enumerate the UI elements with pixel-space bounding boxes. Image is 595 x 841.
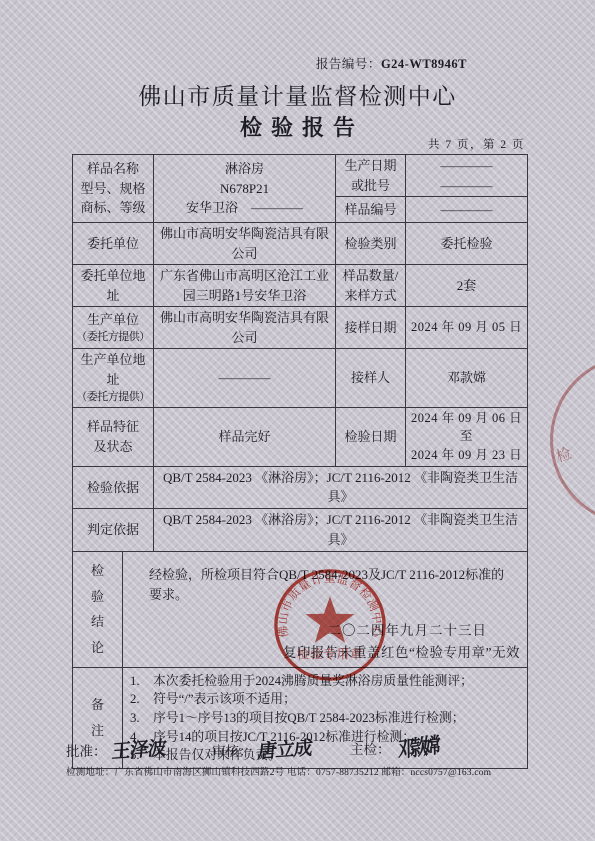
sample-brand-value: 安华卫浴 ———— xyxy=(157,198,332,218)
remark-item: 符号“/”表示该项不适用； xyxy=(130,690,522,709)
producer-address-label-line1: 生产单位地址 xyxy=(76,350,150,389)
inspect-label: 主检： xyxy=(350,742,391,757)
receive-date-label-cell: 接样日期 xyxy=(336,307,406,349)
production-date-label-line2: 或批号 xyxy=(339,176,402,196)
sample-no-label-cell: 样品编号 xyxy=(336,197,406,223)
production-date-dash2: ———— xyxy=(409,176,524,196)
judge-value-cell: QB/T 2584-2023 《淋浴房》；JC/T 2116-2012 《非陶瓷… xyxy=(154,508,528,551)
sample-model-value: N678P21 xyxy=(157,179,332,199)
sample-info-label-cell: 样品名称 型号、规格 商标、等级 xyxy=(73,155,154,223)
remark-item: 序号1～序号13的项目按QB/T 2584-2023标准进行检测； xyxy=(130,709,522,728)
sample-name-value: 淋浴房 xyxy=(157,159,332,179)
page-count: 共 7 页，第 2 页 xyxy=(428,136,525,152)
client-value-cell: 佛山市高明安华陶瓷洁具有限公司 xyxy=(154,223,336,265)
inspect-signature-name: 邓款嫦 xyxy=(397,729,436,764)
sample-state-label-cell: 样品特征 及状态 xyxy=(73,407,154,466)
sample-name-label: 样品名称 xyxy=(76,159,150,179)
conclusion-label-char3: 结 xyxy=(91,612,104,632)
sample-brand-label: 商标、等级 xyxy=(76,198,150,218)
center-name: 佛山市质量计量监督检测中心 xyxy=(0,78,595,111)
approve-label: 批准： xyxy=(66,744,107,759)
production-date-label-cell: 生产日期 或批号 xyxy=(336,155,406,197)
quantity-label-line1: 样品数量/ xyxy=(339,266,402,286)
production-date-dash1: ———— xyxy=(409,156,524,176)
basis-value-cell: QB/T 2584-2023 《淋浴房》；JC/T 2116-2012 《非陶瓷… xyxy=(154,466,528,508)
footer-contact-info: 检测地址：广东省佛山市南海区狮山镇科技西路2号 电话：0757-88735212… xyxy=(66,764,491,778)
quantity-value-cell: 2套 xyxy=(406,265,528,307)
receiver-value-cell: 邓款嫦 xyxy=(406,349,528,408)
review-label: 审核： xyxy=(212,744,253,759)
producer-label-line2: （委托方提供） xyxy=(76,329,150,346)
remark-item: 本报告仅对来样负责。 xyxy=(130,746,522,765)
approve-signature-name: 王泽波 xyxy=(110,733,167,764)
receiver-label-cell: 接样人 xyxy=(336,349,406,408)
receive-date-value-cell: 2024 年 09 月 05 日 xyxy=(406,307,528,349)
report-number-value: G24-WT8946T xyxy=(381,57,467,71)
quantity-label-cell: 样品数量/ 来样方式 xyxy=(336,265,406,307)
review-signature: 审核：唐立成 xyxy=(212,735,312,762)
report-page: 报告编号：G24-WT8946T 佛山市质量计量监督检测中心 检验报告 共 7 … xyxy=(0,0,595,841)
test-date-value-cell: 2024 年 09 月 06 日至 2024 年 09 月 23 日 xyxy=(406,407,528,466)
inspect-signature: 主检：邓款嫦 xyxy=(350,733,438,760)
conclusion-label-char2: 验 xyxy=(91,587,104,607)
seal-star-icon xyxy=(306,596,355,642)
test-date-label-cell: 检验日期 xyxy=(336,407,406,466)
sample-state-value-cell: 样品完好 xyxy=(154,407,336,466)
report-number-label: 报告编号： xyxy=(316,57,381,71)
conclusion-label-cell: 检 验 结 论 xyxy=(73,551,123,667)
conclusion-label-char1: 检 xyxy=(91,561,104,581)
report-number: 报告编号：G24-WT8946T xyxy=(316,54,467,72)
review-signature-name: 唐立成 xyxy=(256,733,313,764)
producer-address-label-line2: （委托方提供） xyxy=(76,389,150,406)
sample-state-label-line2: 及状态 xyxy=(76,437,150,457)
client-address-value-cell: 广东省佛山市高明区沧江工业园三明路1号安华卫浴 xyxy=(154,265,336,307)
sample-model-label: 型号、规格 xyxy=(76,179,150,199)
producer-address-label-cell: 生产单位地址 （委托方提供） xyxy=(73,349,154,408)
sample-info-value-cell: 淋浴房 N678P21 安华卫浴 ———— xyxy=(154,155,336,223)
test-date-line1: 2024 年 09 月 06 日至 xyxy=(409,409,524,447)
producer-address-value-cell: ———— xyxy=(154,349,336,408)
approve-signature: 批准：王泽波 xyxy=(66,735,166,762)
inspection-seal-stamp: 佛山市质量计量监督检测中心 检验专用章 xyxy=(271,566,389,684)
judge-label-cell: 判定依据 xyxy=(73,508,154,551)
partial-edge-seal xyxy=(550,355,595,525)
client-label-cell: 委托单位 xyxy=(73,223,154,265)
basis-label-cell: 检验依据 xyxy=(73,466,154,508)
producer-value-cell: 佛山市高明安华陶瓷洁具有限公司 xyxy=(154,307,336,349)
remark-item: 序号14的项目按JC/T 2116-2012标准进行检测； xyxy=(130,728,522,747)
sample-state-label-line1: 样品特征 xyxy=(76,417,150,437)
remarks-label-char1: 备 xyxy=(91,695,104,715)
quantity-label-line2: 来样方式 xyxy=(339,286,402,306)
inspection-type-label-cell: 检验类别 xyxy=(336,223,406,265)
sample-no-value-cell: ———— xyxy=(406,197,528,223)
test-date-line2: 2024 年 09 月 23 日 xyxy=(409,446,524,465)
producer-label-cell: 生产单位 （委托方提供） xyxy=(73,307,154,349)
client-address-label-cell: 委托单位地址 xyxy=(73,265,154,307)
production-date-value-cell: ———— ———— xyxy=(406,155,528,197)
conclusion-label-char4: 论 xyxy=(91,638,104,658)
producer-label-line1: 生产单位 xyxy=(76,310,150,330)
seal-title-text: 检验专用章 xyxy=(297,646,363,661)
production-date-label-line1: 生产日期 xyxy=(339,156,402,176)
inspection-type-value-cell: 委托检验 xyxy=(406,223,528,265)
